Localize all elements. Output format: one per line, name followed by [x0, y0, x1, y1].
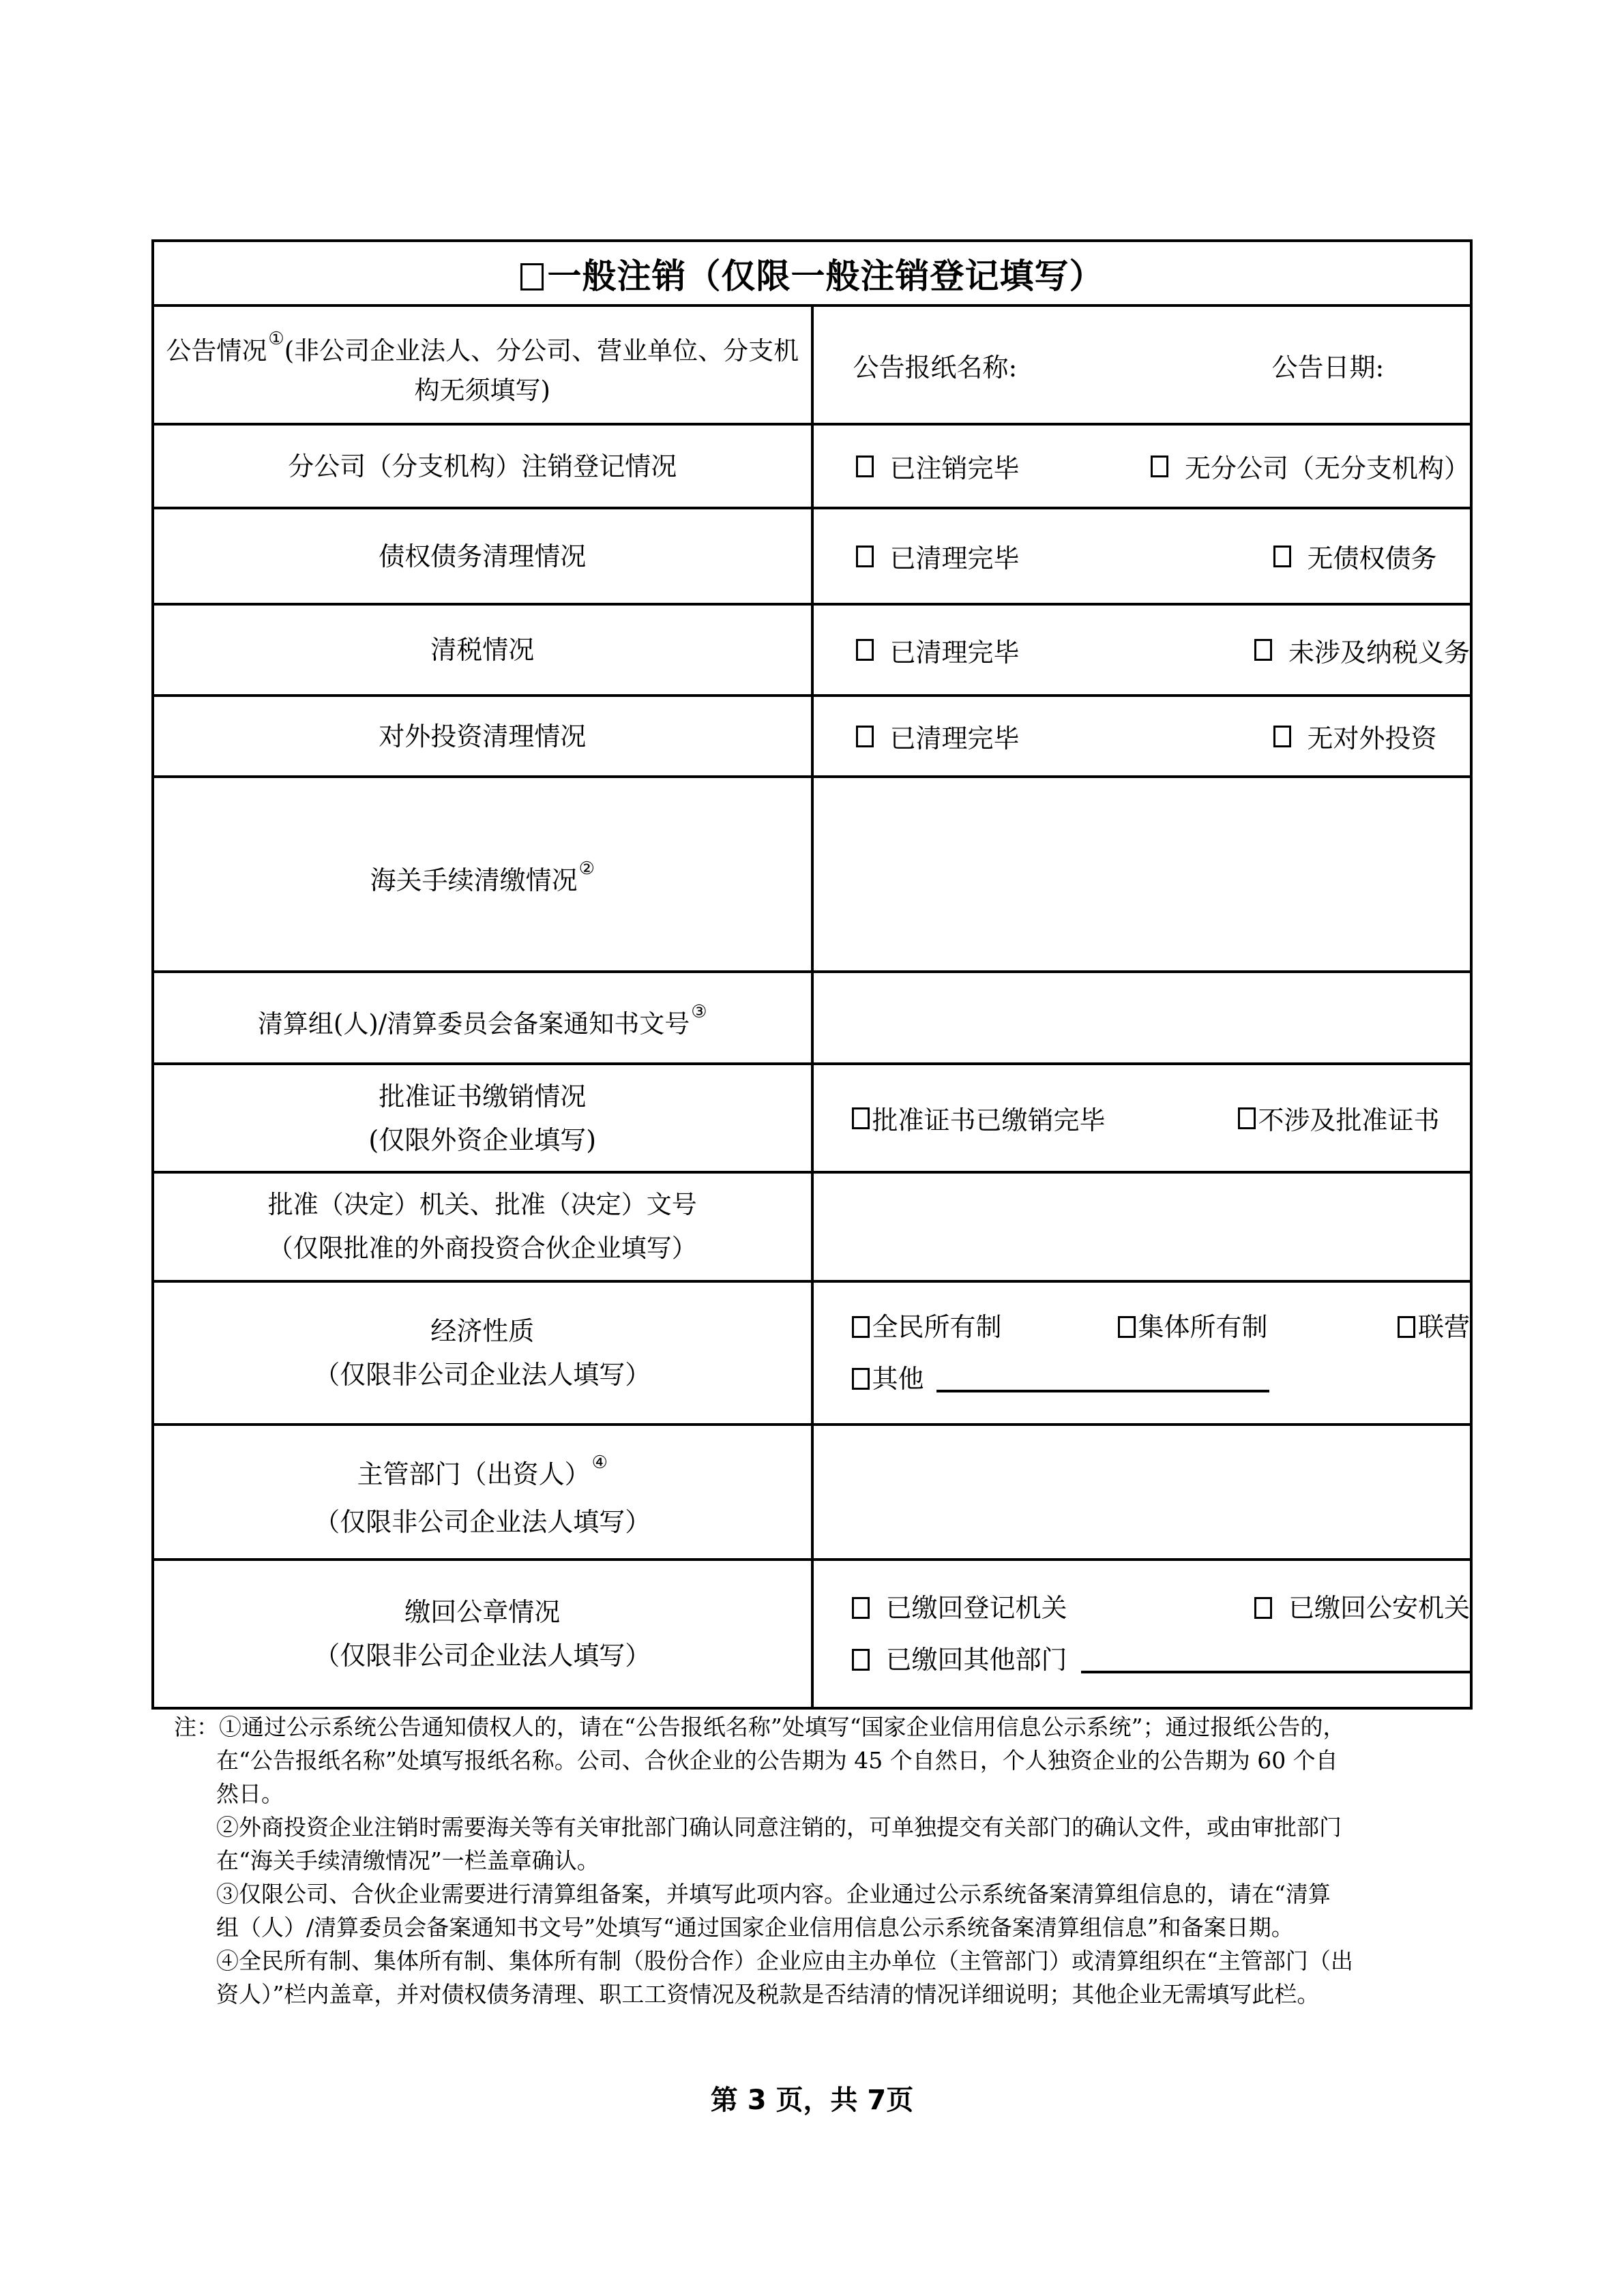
announcement-row: 公告情况①(非公司企业法人、分公司、营业单位、分支机构无须填写) 公告报纸名称:…	[153, 305, 1471, 424]
note-line: 在“海关手续清缴情况”一栏盖章确认。	[174, 1844, 1463, 1877]
title-row: 一般注销（仅限一般注销登记填写）	[153, 241, 1471, 305]
approval-authority-label-line2: （仅限批准的外商投资合伙企业填写）	[154, 1227, 811, 1270]
checkbox[interactable]	[856, 639, 874, 661]
checkbox[interactable]	[1238, 1107, 1256, 1129]
checkbox[interactable]	[852, 1316, 870, 1338]
liquidation-notice-row: 清算组(人)/清算委员会备案通知书文号③	[153, 972, 1471, 1064]
liquidation-notice-input[interactable]	[812, 972, 1472, 1064]
footnote-2-marker: ②	[579, 859, 595, 879]
branch-deregistration-row: 分公司（分支机构）注销登记情况 已注销完毕 无分公司（无分支机构）	[153, 424, 1471, 508]
option-branch-deregistered[interactable]: 已注销完毕	[856, 447, 1151, 485]
option-label: 未涉及纳税义务	[1288, 631, 1470, 669]
announcement-date-field[interactable]: 公告日期:	[1272, 346, 1385, 384]
checkbox[interactable]	[1273, 546, 1291, 567]
option-label: 批准证书已缴销完毕	[872, 1099, 1106, 1137]
debt-options-cell: 已清理完毕 无债权债务	[812, 508, 1472, 604]
note-line: 组（人）/清算委员会备案通知书文号”处填写“通过国家企业信用信息公示系统备案清算…	[174, 1911, 1463, 1944]
option-seal-returned-other[interactable]: 已缴回其他部门	[852, 1634, 1067, 1686]
announcement-label: 公告情况①(非公司企业法人、分公司、营业单位、分支机构无须填写)	[153, 305, 812, 424]
option-no-tax-obligation[interactable]: 未涉及纳税义务	[1254, 631, 1470, 669]
checkbox[interactable]	[1254, 639, 1272, 661]
option-no-investment[interactable]: 无对外投资	[1273, 717, 1437, 755]
supervising-department-label-line2: （仅限非公司企业法人填写）	[154, 1500, 811, 1544]
option-label: 全民所有制	[872, 1301, 1002, 1353]
branch-options-cell: 已注销完毕 无分公司（无分支机构）	[812, 424, 1472, 508]
seal-return-row: 缴回公章情况 （仅限非公司企业法人填写） 已缴回登记机关 已缴回公安机关 已缴回…	[153, 1560, 1471, 1708]
approval-certificate-options-cell: 批准证书已缴销完毕 不涉及批准证书	[812, 1064, 1472, 1172]
seal-return-label: 缴回公章情况 （仅限非公司企业法人填写）	[153, 1560, 812, 1708]
footnote-3-marker: ③	[691, 1002, 707, 1022]
form-title-cell: 一般注销（仅限一般注销登记填写）	[153, 241, 1471, 305]
approval-authority-input[interactable]	[812, 1172, 1472, 1281]
option-label: 已缴回登记机关	[886, 1582, 1067, 1634]
option-debt-cleared[interactable]: 已清理完毕	[856, 537, 1273, 575]
option-certificate-returned[interactable]: 批准证书已缴销完毕	[852, 1099, 1238, 1137]
economic-nature-row: 经济性质 （仅限非公司企业法人填写） 全民所有制 集体所有制 联营 其他	[153, 1281, 1471, 1425]
economic-nature-label-line2: （仅限非公司企业法人填写）	[154, 1353, 811, 1397]
form-title: 一般注销（仅限一般注销登记填写）	[548, 256, 1104, 296]
investment-options-cell: 已清理完毕 无对外投资	[812, 696, 1472, 777]
option-label: 已缴回公安机关	[1288, 1582, 1470, 1634]
checkbox[interactable]	[852, 1107, 870, 1129]
option-label: 其他	[872, 1353, 924, 1405]
branch-deregistration-label: 分公司（分支机构）注销登记情况	[153, 424, 812, 508]
checkbox[interactable]	[852, 1597, 870, 1619]
option-label: 已注销完毕	[890, 447, 1020, 485]
option-label: 无债权债务	[1308, 537, 1437, 575]
seal-return-label-line2: （仅限非公司企业法人填写）	[154, 1634, 811, 1678]
checkbox[interactable]	[856, 546, 874, 567]
checkbox[interactable]	[1273, 726, 1291, 747]
option-investment-cleared[interactable]: 已清理完毕	[856, 717, 1273, 755]
general-deregistration-checkbox[interactable]	[520, 263, 544, 290]
supervising-department-row: 主管部门（出资人）④ （仅限非公司企业法人填写）	[153, 1425, 1471, 1560]
option-no-debt[interactable]: 无债权债务	[1273, 537, 1437, 575]
note-line: 资人）”栏内盖章，并对债权债务清理、职工工资情况及税款是否结清的情况详细说明；其…	[174, 1978, 1463, 2011]
announcement-date-label: 公告日期:	[1272, 346, 1385, 384]
approval-authority-label: 批准（决定）机关、批准（决定）文号 （仅限批准的外商投资合伙企业填写）	[153, 1172, 812, 1281]
economic-nature-label-line1: 经济性质	[154, 1309, 811, 1353]
option-joint-venture[interactable]: 联营	[1398, 1301, 1470, 1353]
option-label: 已缴回其他部门	[886, 1634, 1067, 1686]
newspaper-name-label: 公告报纸名称:	[853, 346, 1018, 384]
note-line: ④全民所有制、集体所有制、集体所有制（股份合作）企业应由主办单位（主管部门）或清…	[174, 1944, 1463, 1978]
tax-options-cell: 已清理完毕 未涉及纳税义务	[812, 604, 1472, 696]
investment-clearance-row: 对外投资清理情况 已清理完毕 无对外投资	[153, 696, 1471, 777]
checkbox[interactable]	[856, 456, 874, 477]
option-other[interactable]: 其他	[852, 1353, 924, 1405]
seal-return-label-line1: 缴回公章情况	[154, 1590, 811, 1634]
seal-return-options-cell: 已缴回登记机关 已缴回公安机关 已缴回其他部门	[812, 1560, 1472, 1708]
economic-nature-label: 经济性质 （仅限非公司企业法人填写）	[153, 1281, 812, 1425]
option-label: 已清理完毕	[890, 537, 1020, 575]
note-line: ③仅限公司、合伙企业需要进行清算组备案，并填写此项内容。企业通过公示系统备案清算…	[174, 1877, 1463, 1911]
approval-authority-label-line1: 批准（决定）机关、批准（决定）文号	[154, 1183, 811, 1227]
page-number: 第 3 页，共 7页	[0, 2078, 1624, 2117]
checkbox[interactable]	[1398, 1316, 1415, 1338]
checkbox[interactable]	[852, 1649, 870, 1671]
deregistration-form-table: 一般注销（仅限一般注销登记填写） 公告情况①(非公司企业法人、分公司、营业单位、…	[151, 239, 1473, 1710]
option-label: 集体所有制	[1138, 1301, 1268, 1353]
announcement-label-note: (非公司企业法人、分公司、营业单位、分支机构无须填写)	[284, 336, 799, 405]
checkbox[interactable]	[1118, 1316, 1136, 1338]
debt-clearance-row: 债权债务清理情况 已清理完毕 无债权债务	[153, 508, 1471, 604]
option-tax-cleared[interactable]: 已清理完毕	[856, 631, 1254, 669]
approval-authority-row: 批准（决定）机关、批准（决定）文号 （仅限批准的外商投资合伙企业填写）	[153, 1172, 1471, 1281]
other-department-input[interactable]	[1081, 1646, 1470, 1673]
approval-certificate-row: 批准证书缴销情况 (仅限外资企业填写) 批准证书已缴销完毕 不涉及批准证书	[153, 1064, 1471, 1172]
announcement-fields-cell: 公告报纸名称: 公告日期:	[812, 305, 1472, 424]
note-line: 在“公告报纸名称”处填写报纸名称。公司、合伙企业的公告期为 45 个自然日，个人…	[174, 1744, 1463, 1777]
checkbox[interactable]	[1151, 456, 1168, 477]
document-page: 一般注销（仅限一般注销登记填写） 公告情况①(非公司企业法人、分公司、营业单位、…	[0, 0, 1624, 2296]
option-no-certificate[interactable]: 不涉及批准证书	[1238, 1099, 1440, 1137]
footnotes: 注：①通过公示系统公告通知债权人的，请在“公告报纸名称”处填写“国家企业信用信息…	[174, 1710, 1463, 2011]
option-no-branch[interactable]: 无分公司（无分支机构）	[1151, 447, 1470, 485]
checkbox[interactable]	[1254, 1597, 1272, 1619]
customs-clearance-input[interactable]	[812, 777, 1472, 972]
announcement-label-text: 公告情况	[166, 336, 267, 366]
customs-clearance-row: 海关手续清缴情况②	[153, 777, 1471, 972]
economic-nature-options-cell: 全民所有制 集体所有制 联营 其他	[812, 1281, 1472, 1425]
supervising-department-input[interactable]	[812, 1425, 1472, 1560]
approval-certificate-label-line1: 批准证书缴销情况	[154, 1075, 811, 1118]
tax-clearance-label: 清税情况	[153, 604, 812, 696]
option-seal-returned-police[interactable]: 已缴回公安机关	[1254, 1582, 1470, 1634]
liquidation-notice-label: 清算组(人)/清算委员会备案通知书文号③	[153, 972, 812, 1064]
option-seal-returned-registration[interactable]: 已缴回登记机关	[852, 1582, 1254, 1634]
option-collective-owned[interactable]: 集体所有制	[1118, 1301, 1398, 1353]
option-label: 无分公司（无分支机构）	[1185, 447, 1470, 485]
tax-clearance-row: 清税情况 已清理完毕 未涉及纳税义务	[153, 604, 1471, 696]
checkbox[interactable]	[856, 726, 874, 747]
customs-label-text: 海关手续清缴情况	[370, 865, 578, 895]
option-label: 联营	[1418, 1301, 1470, 1353]
newspaper-name-field[interactable]: 公告报纸名称:	[853, 346, 1272, 384]
investment-clearance-label: 对外投资清理情况	[153, 696, 812, 777]
option-state-owned[interactable]: 全民所有制	[852, 1301, 1118, 1353]
debt-clearance-label: 债权债务清理情况	[153, 508, 812, 604]
option-label: 已清理完毕	[890, 631, 1020, 669]
approval-certificate-label-line2: (仅限外资企业填写)	[154, 1118, 811, 1162]
footnote-1-marker: ①	[268, 329, 284, 349]
checkbox[interactable]	[852, 1368, 870, 1390]
other-nature-input[interactable]	[936, 1365, 1269, 1392]
option-label: 不涉及批准证书	[1258, 1099, 1440, 1137]
note-line: 注：①通过公示系统公告通知债权人的，请在“公告报纸名称”处填写“国家企业信用信息…	[174, 1710, 1463, 1744]
supervising-department-label: 主管部门（出资人）④ （仅限非公司企业法人填写）	[153, 1425, 812, 1560]
note-line: ②外商投资企业注销时需要海关等有关审批部门确认同意注销的，可单独提交有关部门的确…	[174, 1810, 1463, 1844]
option-label: 已清理完毕	[890, 717, 1020, 755]
option-label: 无对外投资	[1308, 717, 1437, 755]
note-line: 然日。	[174, 1777, 1463, 1810]
approval-certificate-label: 批准证书缴销情况 (仅限外资企业填写)	[153, 1064, 812, 1172]
supervising-department-label-line1: 主管部门（出资人）	[357, 1459, 591, 1489]
liquidation-label-text: 清算组(人)/清算委员会备案通知书文号	[258, 1009, 690, 1039]
customs-clearance-label: 海关手续清缴情况②	[153, 777, 812, 972]
footnote-4-marker: ④	[592, 1452, 608, 1473]
